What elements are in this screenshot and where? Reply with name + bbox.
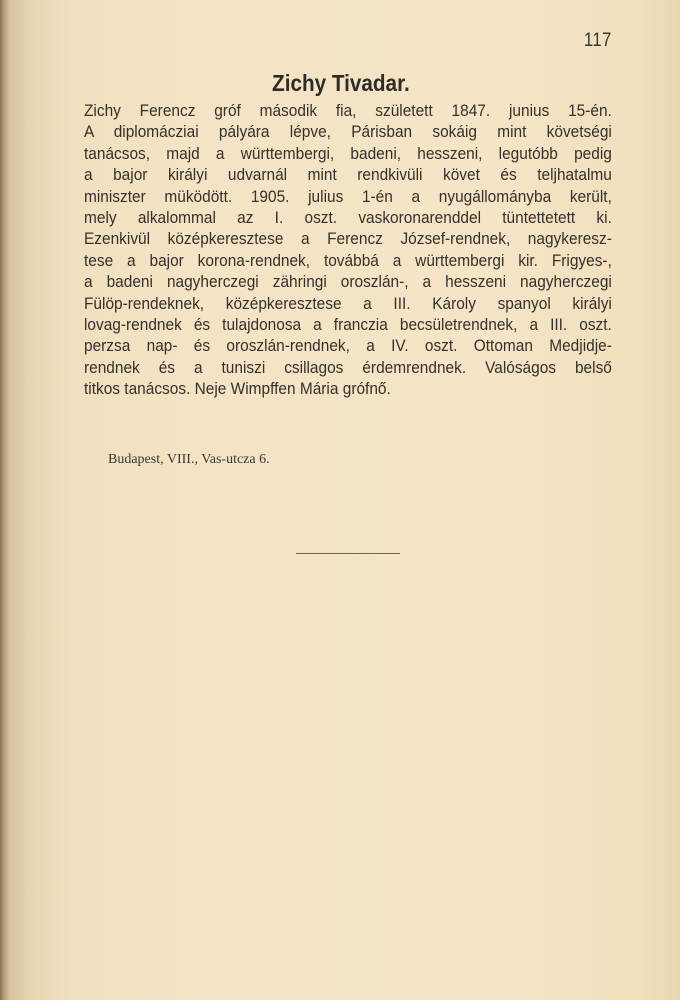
body-line: tanácsos, majd a württembergi, badeni, h… <box>84 143 612 164</box>
body-line: Ezenkivül középkeresztese a Ferencz Józs… <box>84 228 612 249</box>
body-line: rendnek és a tuniszi csillagos érdemrend… <box>84 357 612 378</box>
entry-body: Zichy Ferencz gróf második fia, születet… <box>84 100 612 400</box>
body-line: mely alkalommal az I. oszt. vaskoronaren… <box>84 207 612 228</box>
entry-heading: Zichy Tivadar. <box>34 70 646 97</box>
body-line: Zichy Ferencz gróf második fia, születet… <box>84 100 612 121</box>
body-line: miniszter müködött. 1905. julius 1-én a … <box>84 186 612 207</box>
book-page: 117 Zichy Tivadar. Zichy Ferencz gróf má… <box>0 0 680 1000</box>
page-number: 117 <box>584 30 612 52</box>
body-line: tese a bajor korona-rendnek, továbbá a w… <box>84 250 612 271</box>
body-line: A diplomácziai pályára lépve, Párisban s… <box>84 121 612 142</box>
body-line: a bajor királyi udvarnál mint rendkivüli… <box>84 164 612 185</box>
body-line: perzsa nap- és oroszlán-rendnek, a IV. o… <box>84 335 612 356</box>
body-line: titkos tanácsos. Neje Wimpffen Mária gró… <box>84 378 612 399</box>
body-line: Fülöp-rendeknek, középkeresztese a III. … <box>84 293 612 314</box>
body-line: a badeni nagyherczegi zähringi oroszlán-… <box>84 271 612 292</box>
address: Budapest, VIII., Vas-utcza 6. <box>108 452 270 468</box>
separator-rule <box>296 553 400 554</box>
body-line: lovag-rendnek és tulajdonosa a franczia … <box>84 314 612 335</box>
